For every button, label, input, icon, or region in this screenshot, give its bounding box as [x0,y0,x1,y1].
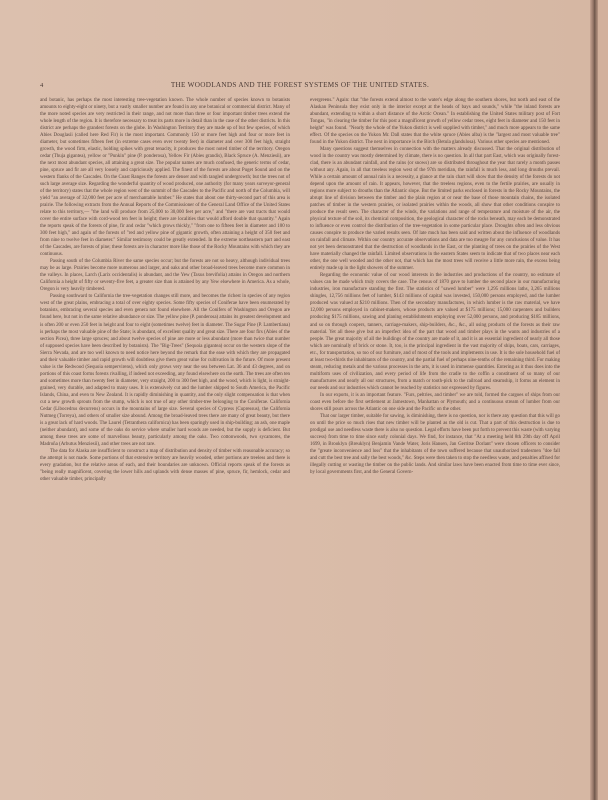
paragraph: evergreens." Again: that "the forests ex… [310,97,560,146]
page-edge [598,0,608,800]
paragraph: and botanic, has perhaps the most intere… [40,97,290,258]
book-binding-shadow [590,0,598,800]
paragraph: That our larger timber, suitable for saw… [310,413,560,476]
paragraph: Passing southward to California the tree… [40,293,290,447]
paragraph: Many questions suggest themselves in con… [310,146,560,272]
paragraph: Regarding the economic value of our wood… [310,272,560,391]
page-header: 4 THE WOODLANDS AND THE FOREST SYSTEMS O… [40,81,560,93]
running-title: THE WOODLANDS AND THE FOREST SYSTEMS OF … [40,81,560,89]
paragraph: Passing south of the Columbia River the … [40,258,290,293]
left-column: and botanic, has perhaps the most intere… [40,97,290,729]
paragraph: In our exports, it is an important featu… [310,392,560,413]
paragraph: The data for Alaska are insufficient to … [40,448,290,483]
right-column: evergreens." Again: that "the forests ex… [310,97,560,729]
body-columns: and botanic, has perhaps the most intere… [40,97,560,729]
book-page: 4 THE WOODLANDS AND THE FOREST SYSTEMS O… [0,0,608,800]
